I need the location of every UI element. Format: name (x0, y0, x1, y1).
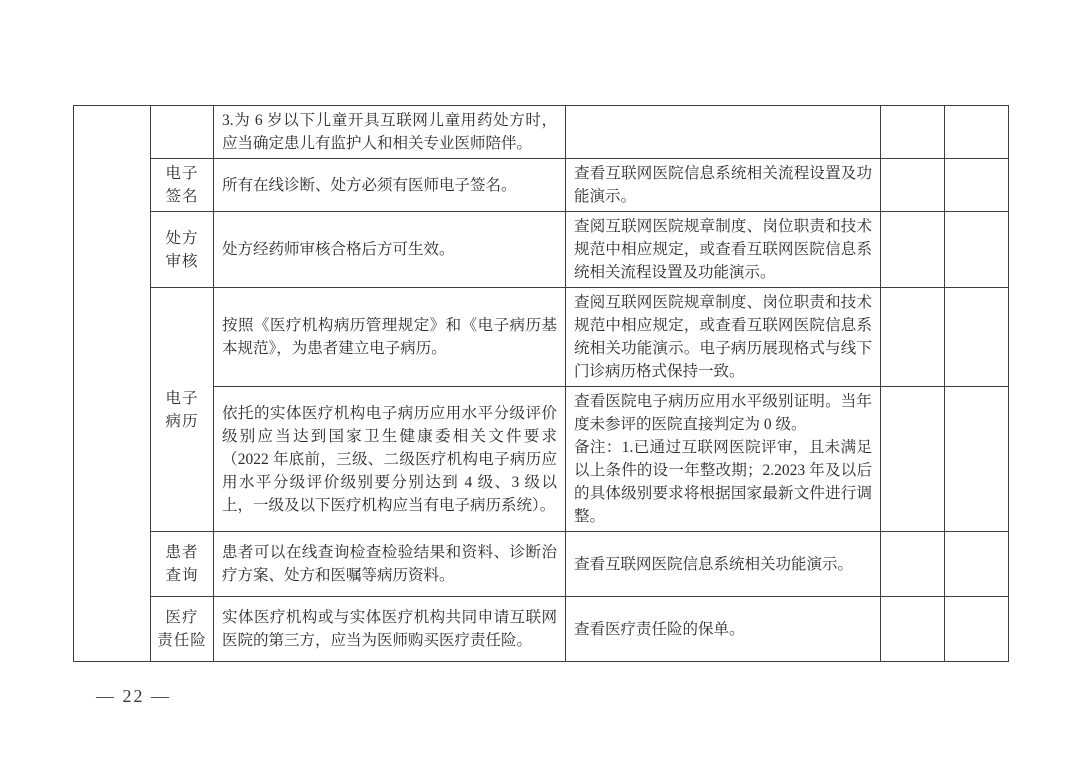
blank-result-cell (945, 106, 1009, 159)
blank-result-cell (945, 387, 1009, 532)
blank-result-cell (945, 159, 1009, 212)
requirement-cell: 按照《医疗机构病历管理规定》和《电子病历基本规范》，为患者建立电子病历。 (214, 288, 566, 387)
category-spanning-cell (74, 106, 151, 662)
method-cell: 查看互联网医院信息系统相关流程设置及功能演示。 (566, 159, 881, 212)
row-label-cell: 处方 审核 (151, 212, 214, 288)
blank-score-cell (881, 597, 945, 662)
table-row: 电子 签名 所有在线诊断、处方必须有医师电子签名。 查看互联网医院信息系统相关流… (74, 159, 1009, 212)
method-cell: 查阅互联网医院规章制度、岗位职责和技术规范中相应规定，或查看互联网医院信息系统相… (566, 212, 881, 288)
blank-score-cell (881, 212, 945, 288)
blank-score-cell (881, 106, 945, 159)
method-cell: 查阅互联网医院规章制度、岗位职责和技术规范中相应规定，或查看互联网医院信息系统相… (566, 288, 881, 387)
blank-result-cell (945, 212, 1009, 288)
blank-score-cell (881, 387, 945, 532)
table-row: 患者 查询 患者可以在线查询检查检验结果和资料、诊断治疗方案、处方和医嘱等病历资… (74, 532, 1009, 597)
row-label-cell (151, 106, 214, 159)
row-label-cell: 医疗 责任险 (151, 597, 214, 662)
blank-score-cell (881, 532, 945, 597)
inspection-checklist-table: 3.为 6 岁以下儿童开具互联网儿童用药处方时，应当确定患儿有监护人和相关专业医… (73, 105, 1009, 662)
row-label-cell: 电子 签名 (151, 159, 214, 212)
method-cell: 查看医院电子病历应用水平级别证明。当年度未参评的医院直接判定为 0 级。 备注：… (566, 387, 881, 532)
document-page: 3.为 6 岁以下儿童开具互联网儿童用药处方时，应当确定患儿有监护人和相关专业医… (0, 0, 1080, 763)
requirement-cell: 依托的实体医疗机构电子病历应用水平分级评价级别应当达到国家卫生健康委相关文件要求… (214, 387, 566, 532)
method-cell (566, 106, 881, 159)
requirement-cell: 所有在线诊断、处方必须有医师电子签名。 (214, 159, 566, 212)
table-row: 处方 审核 处方经药师审核合格后方可生效。 查阅互联网医院规章制度、岗位职责和技… (74, 212, 1009, 288)
requirement-cell: 3.为 6 岁以下儿童开具互联网儿童用药处方时，应当确定患儿有监护人和相关专业医… (214, 106, 566, 159)
page-number: — 22 — (96, 686, 171, 707)
table-row: 3.为 6 岁以下儿童开具互联网儿童用药处方时，应当确定患儿有监护人和相关专业医… (74, 106, 1009, 159)
requirement-cell: 处方经药师审核合格后方可生效。 (214, 212, 566, 288)
blank-score-cell (881, 288, 945, 387)
table-row: 电子 病历 按照《医疗机构病历管理规定》和《电子病历基本规范》，为患者建立电子病… (74, 288, 1009, 387)
blank-score-cell (881, 159, 945, 212)
row-label-cell: 电子 病历 (151, 288, 214, 532)
blank-result-cell (945, 597, 1009, 662)
blank-result-cell (945, 288, 1009, 387)
method-cell: 查看医疗责任险的保单。 (566, 597, 881, 662)
row-label-cell: 患者 查询 (151, 532, 214, 597)
method-cell: 查看互联网医院信息系统相关功能演示。 (566, 532, 881, 597)
requirement-cell: 患者可以在线查询检查检验结果和资料、诊断治疗方案、处方和医嘱等病历资料。 (214, 532, 566, 597)
table-row: 医疗 责任险 实体医疗机构或与实体医疗机构共同申请互联网医院的第三方，应当为医师… (74, 597, 1009, 662)
table-row: 依托的实体医疗机构电子病历应用水平分级评价级别应当达到国家卫生健康委相关文件要求… (74, 387, 1009, 532)
blank-result-cell (945, 532, 1009, 597)
requirement-cell: 实体医疗机构或与实体医疗机构共同申请互联网医院的第三方，应当为医师购买医疗责任险… (214, 597, 566, 662)
